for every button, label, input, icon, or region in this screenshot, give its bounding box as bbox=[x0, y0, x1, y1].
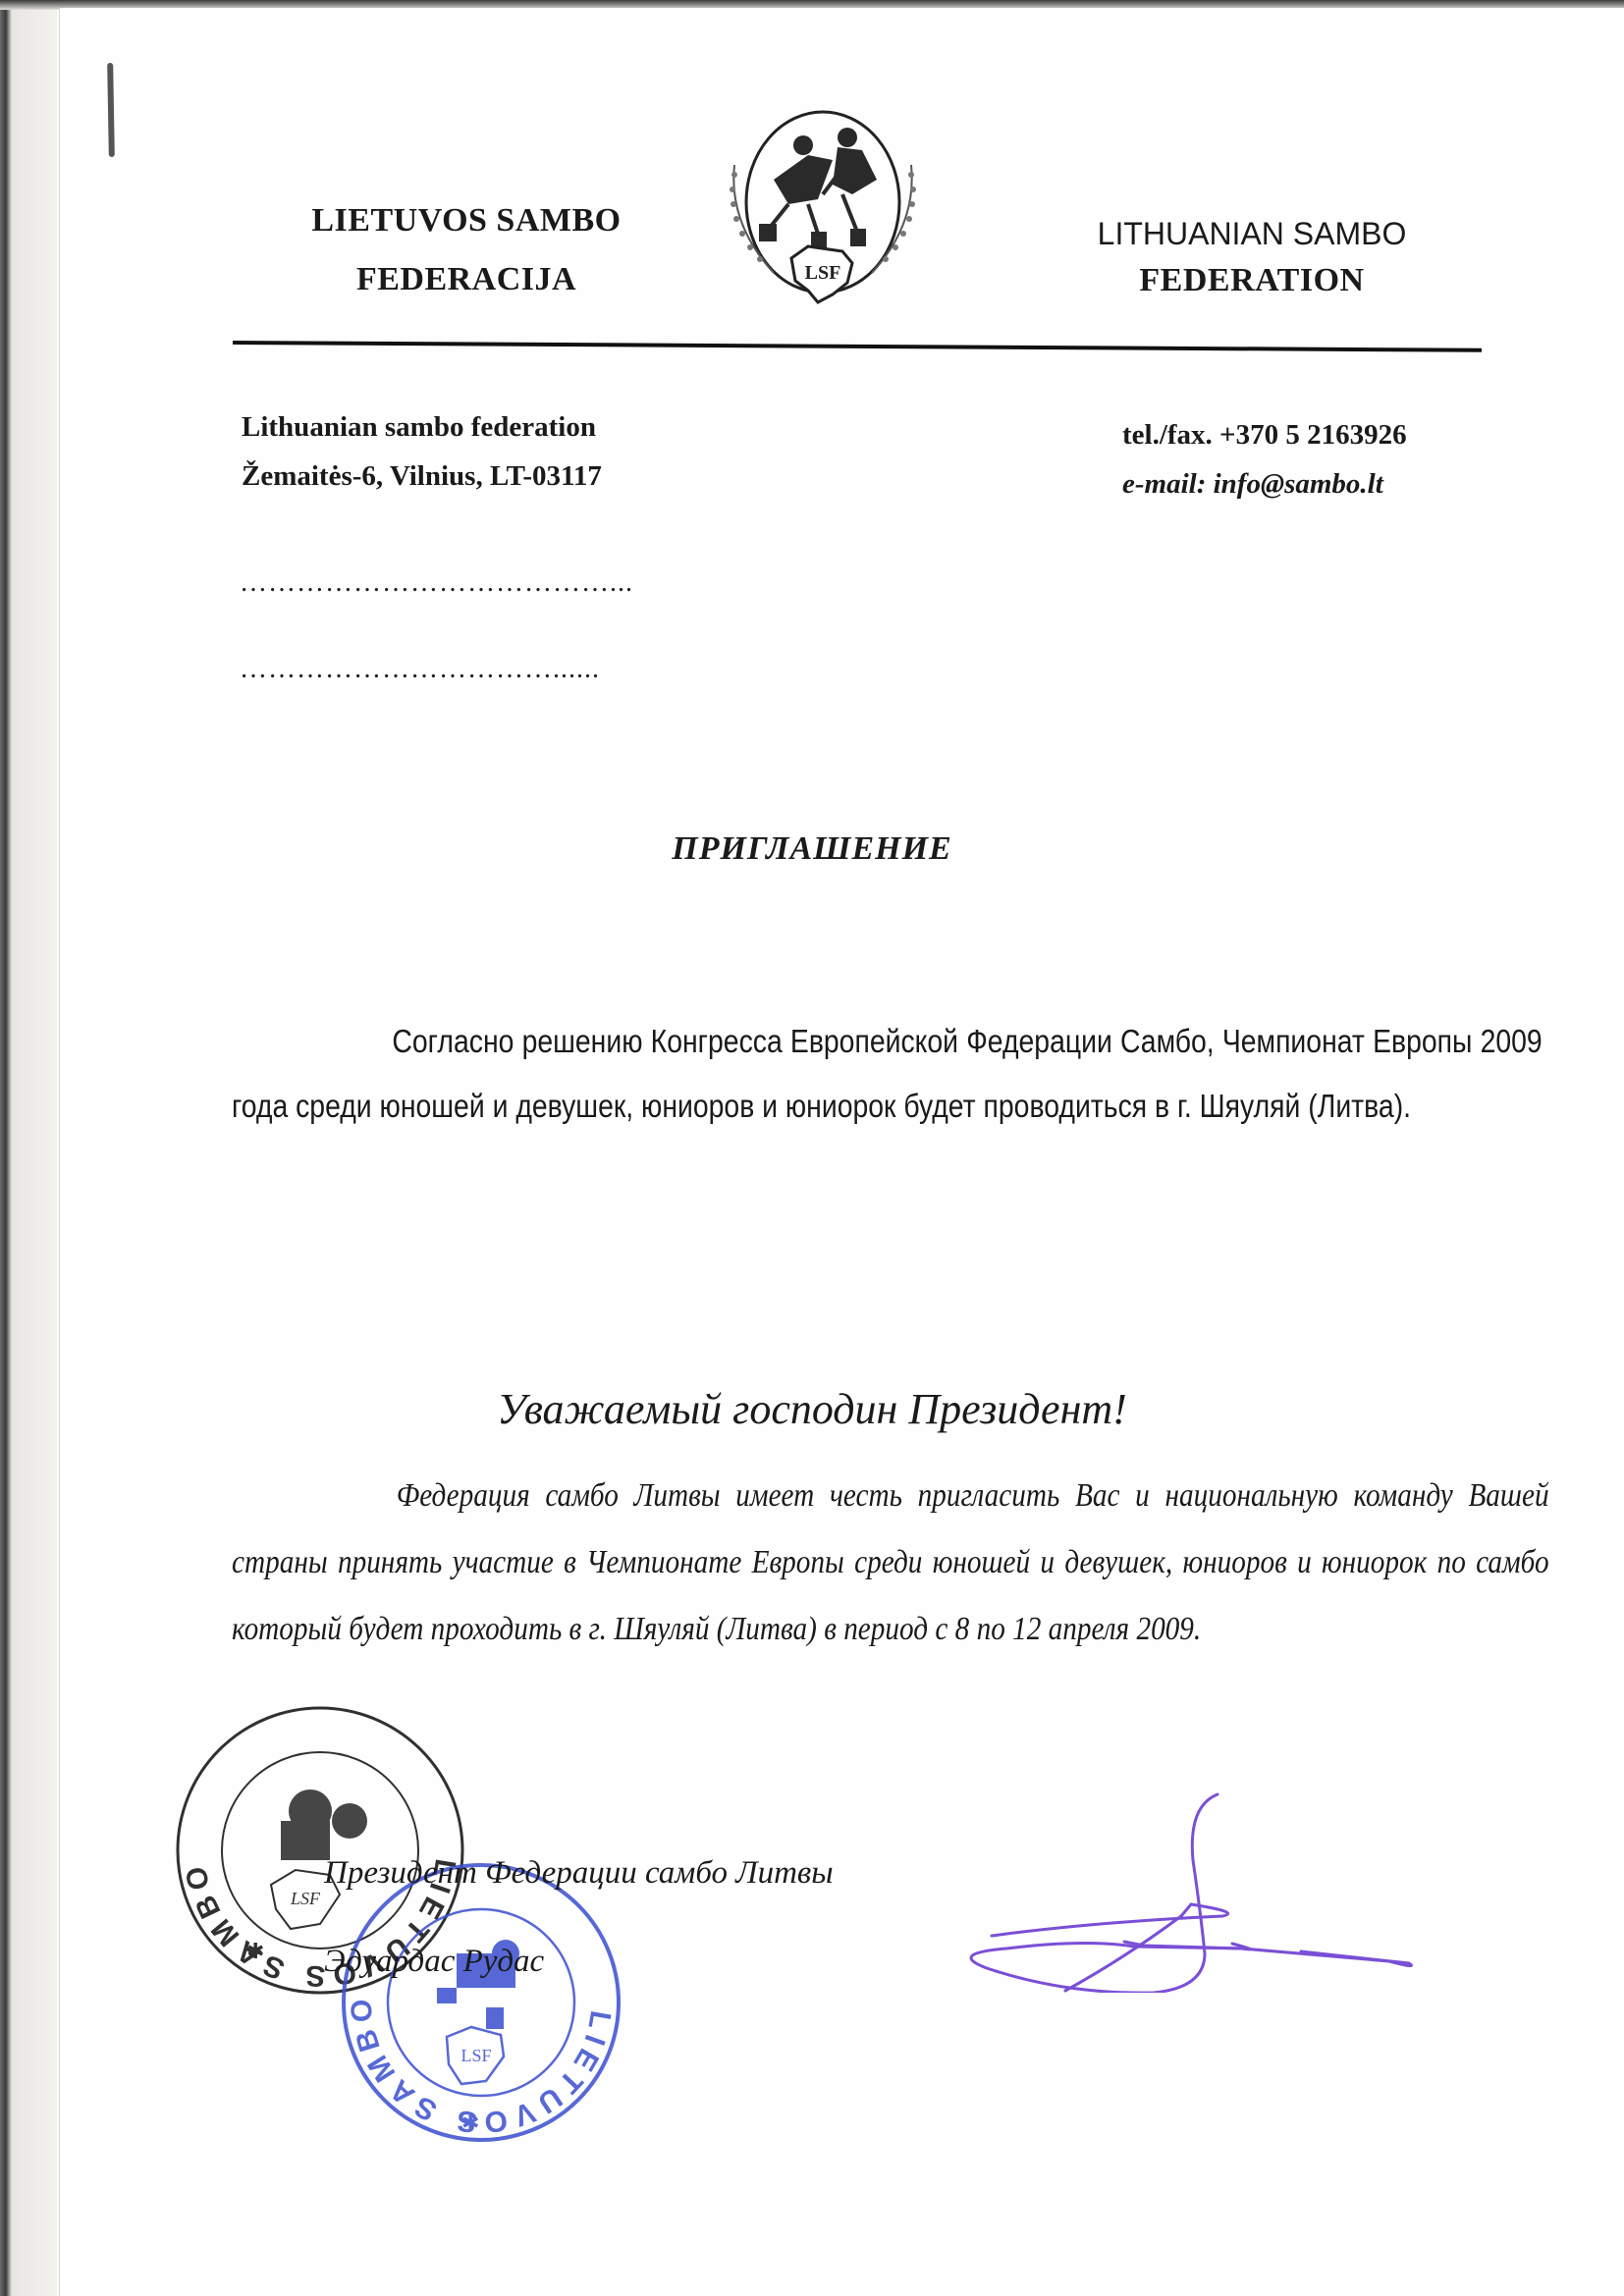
postal-address: Žemaitės-6, Vilnius, LT-03117 bbox=[242, 452, 602, 501]
blue-stamp-icon: LIETUVOS SAMBO FEDERACIJA LSF ✱ bbox=[339, 1860, 623, 2145]
tel-fax: tel./fax. +370 5 2163926 bbox=[1122, 410, 1407, 459]
org-name: Lithuanian sambo federation bbox=[242, 402, 602, 452]
signatory-title: Президент Федерации самбо Литвы bbox=[324, 1855, 834, 1892]
letterhead-name-lt: LIETUVOS SAMBO FEDERACIJA bbox=[280, 191, 653, 309]
contact-address-block: Lithuanian sambo federation Žemaitės-6, … bbox=[242, 402, 602, 501]
letterhead-en-line2: FEDERATION bbox=[1036, 261, 1468, 300]
svg-text:✱: ✱ bbox=[461, 2110, 479, 2135]
email: e-mail: info@sambo.lt bbox=[1122, 459, 1407, 508]
intro-paragraph-text: Согласно решению Конгресса Европейской Ф… bbox=[232, 1023, 1543, 1124]
signatory-name: Эдуардас Рудас bbox=[324, 1944, 544, 1980]
letterhead-lt-line1: LIETUVOS SAMBO bbox=[280, 191, 653, 250]
intro-paragraph: Согласно решению Конгресса Европейской Ф… bbox=[232, 1009, 1543, 1139]
svg-text:LSF: LSF bbox=[460, 2046, 491, 2065]
scan-edge bbox=[0, 0, 57, 2296]
letterhead-en-line1: LITHUANIAN SAMBO bbox=[1036, 214, 1468, 253]
svg-text:LSF: LSF bbox=[805, 262, 841, 284]
contact-phone-block: tel./fax. +370 5 2163926 e-mail: info@sa… bbox=[1122, 410, 1407, 508]
federation-logo-icon: LSF bbox=[705, 106, 941, 322]
handwritten-signature-icon bbox=[947, 1767, 1478, 1993]
addressee-line-2: ……………………………...... bbox=[240, 654, 600, 685]
letterhead-lt-line2: FEDERACIJA bbox=[280, 250, 653, 309]
invitation-paragraph-text: Федерация самбо Литвы имеет честь пригла… bbox=[232, 1477, 1549, 1647]
greeting: Уважаемый господин Президент! bbox=[0, 1384, 1624, 1434]
addressee-line-1: …………………………………... bbox=[240, 567, 633, 599]
letter-title: ПРИГЛАШЕНИЕ bbox=[0, 830, 1624, 868]
svg-text:LSF: LSF bbox=[290, 1889, 321, 1908]
invitation-paragraph: Федерация самбо Литвы имеет честь пригла… bbox=[232, 1463, 1549, 1663]
svg-text:✱: ✱ bbox=[246, 1939, 264, 1963]
